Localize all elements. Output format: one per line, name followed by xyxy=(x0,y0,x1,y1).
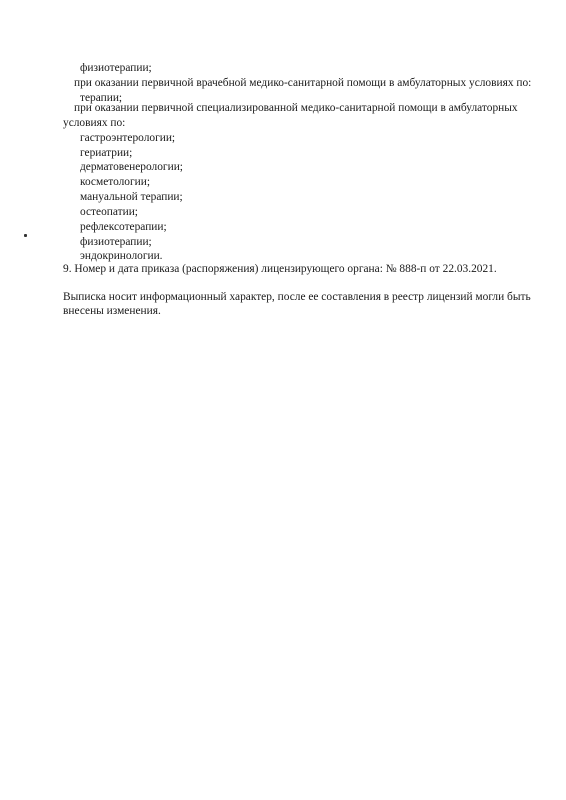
list-item: гастроэнтерологии; xyxy=(80,131,175,146)
list-item: гериатрии; xyxy=(80,146,132,161)
list-item: мануальной терапии; xyxy=(80,190,183,205)
list-item: дерматовенерологии; xyxy=(80,160,183,175)
disclaimer-line-1: Выписка носит информационный характер, п… xyxy=(63,290,531,305)
primary-specialized-care-heading-cont: условиях по: xyxy=(63,116,125,131)
list-item: физиотерапии; xyxy=(80,235,152,250)
activity-physiotherapy: физиотерапии; xyxy=(80,61,152,76)
scan-artifact-dot xyxy=(24,234,27,237)
list-item: косметологии; xyxy=(80,175,150,190)
list-item: рефлексотерапии; xyxy=(80,220,167,235)
primary-physician-care-heading: при оказании первичной врачебной медико-… xyxy=(74,76,531,91)
document-page: физиотерапии; при оказании первичной вра… xyxy=(0,0,566,800)
disclaimer-line-2: внесены изменения. xyxy=(63,304,161,319)
section-9-order-number: 9. Номер и дата приказа (распоряжения) л… xyxy=(63,262,497,277)
primary-specialized-care-heading: при оказании первичной специализированно… xyxy=(74,101,518,116)
list-item: остеопатии; xyxy=(80,205,138,220)
